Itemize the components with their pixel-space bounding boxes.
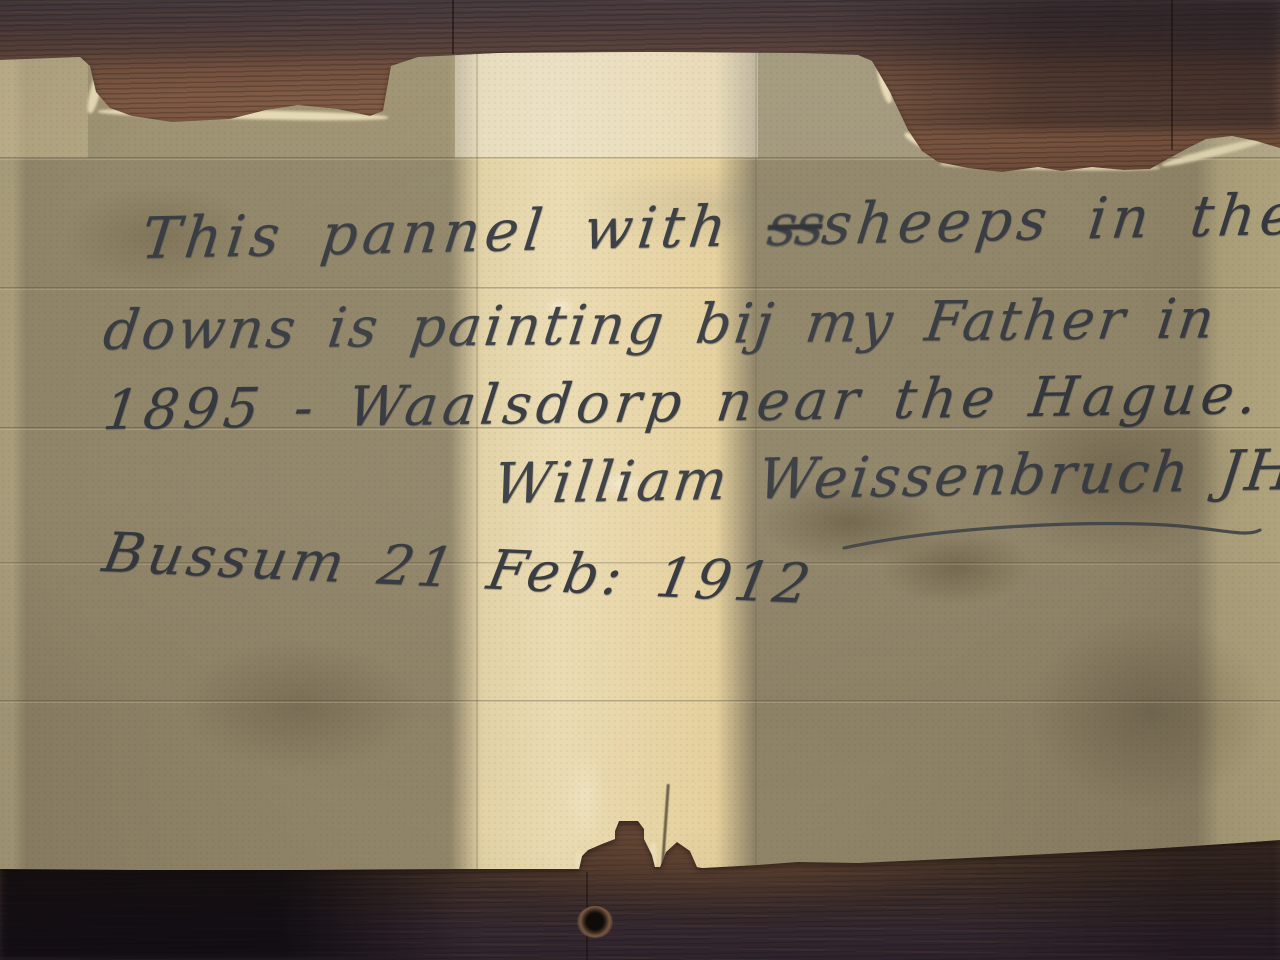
paper-seam-line bbox=[0, 157, 1280, 160]
paper-crack bbox=[661, 784, 669, 864]
torn-edge-highlight bbox=[574, 851, 587, 872]
torn-edge-highlight bbox=[649, 842, 658, 870]
handwriting-struck-fragment: ss bbox=[764, 192, 826, 259]
handwriting-fragment: sheeps in the bbox=[818, 182, 1280, 258]
torn-edge-highlight bbox=[85, 69, 105, 114]
photo-back-of-painting: This pannel with sssheeps in the downs i… bbox=[0, 0, 1280, 960]
handwriting-fragment: This pannel with bbox=[138, 193, 772, 272]
signature-underline-flourish bbox=[836, 514, 1266, 558]
paper-seam-line bbox=[0, 700, 1280, 703]
torn-edge-highlight bbox=[98, 107, 388, 122]
torn-edge-highlight bbox=[903, 130, 948, 160]
handwriting-line-4: William Weissenbruch JHz bbox=[490, 437, 1280, 517]
paper-vertical-seam bbox=[476, 52, 478, 872]
handwriting-line-2: downs is painting bij my Father in bbox=[100, 286, 1221, 362]
torn-edge-highlight bbox=[875, 64, 895, 105]
torn-edge-highlight bbox=[1161, 135, 1270, 169]
torn-edge-highlight bbox=[940, 160, 1160, 172]
